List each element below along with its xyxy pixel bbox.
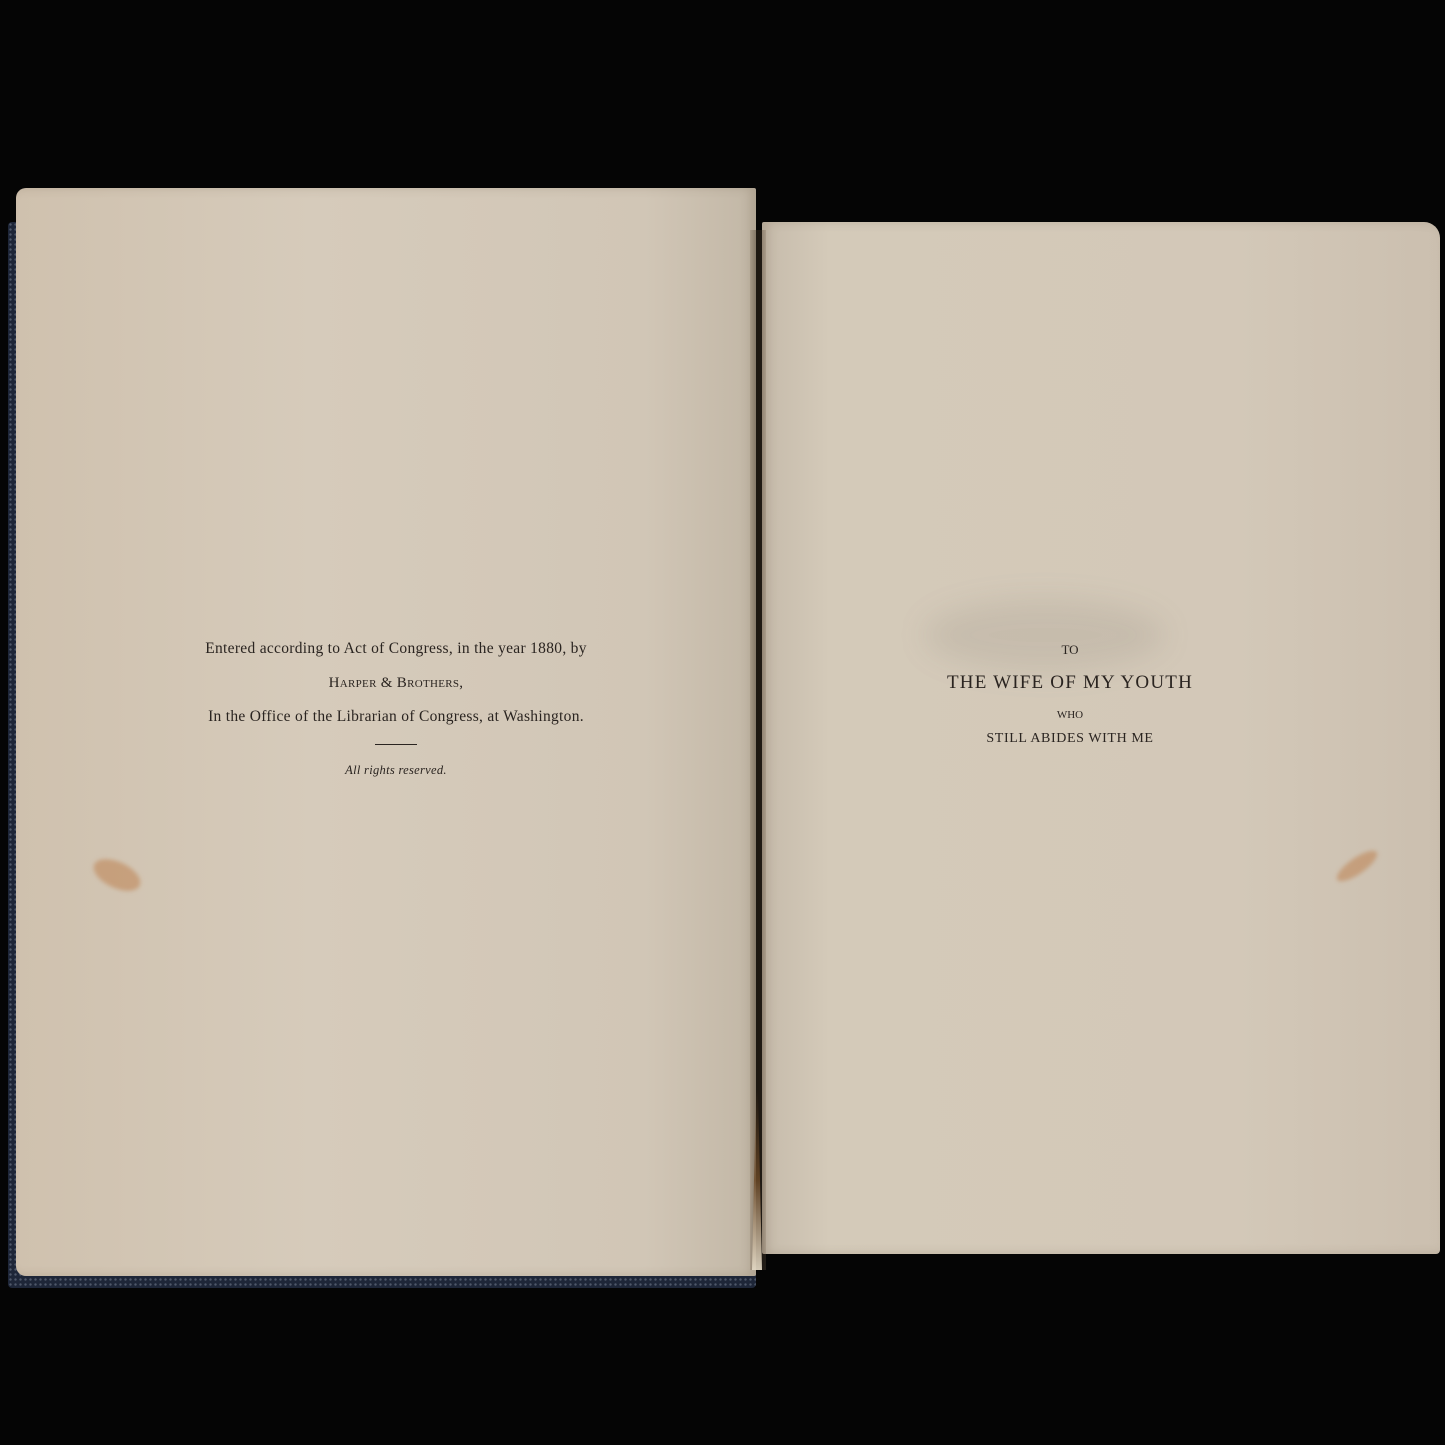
copyright-notice: Entered according to Act of Congress, in…: [100, 632, 692, 779]
dedication-who: WHO: [870, 704, 1270, 726]
dedication-last: STILL ABIDES WITH ME: [870, 726, 1270, 752]
dedication-main: THE WIFE OF MY YOUTH: [870, 662, 1270, 704]
copyright-line-3: In the Office of the Librarian of Congre…: [100, 700, 692, 734]
copyright-line-1: Entered according to Act of Congress, in…: [100, 632, 692, 666]
divider-rule: [375, 744, 417, 745]
publisher-name: Harper & Brothers,: [100, 666, 692, 700]
rights-reserved: All rights reserved.: [345, 763, 447, 777]
dedication-to: TO: [870, 638, 1270, 662]
dedication: TO THE WIFE OF MY YOUTH WHO STILL ABIDES…: [870, 638, 1270, 752]
